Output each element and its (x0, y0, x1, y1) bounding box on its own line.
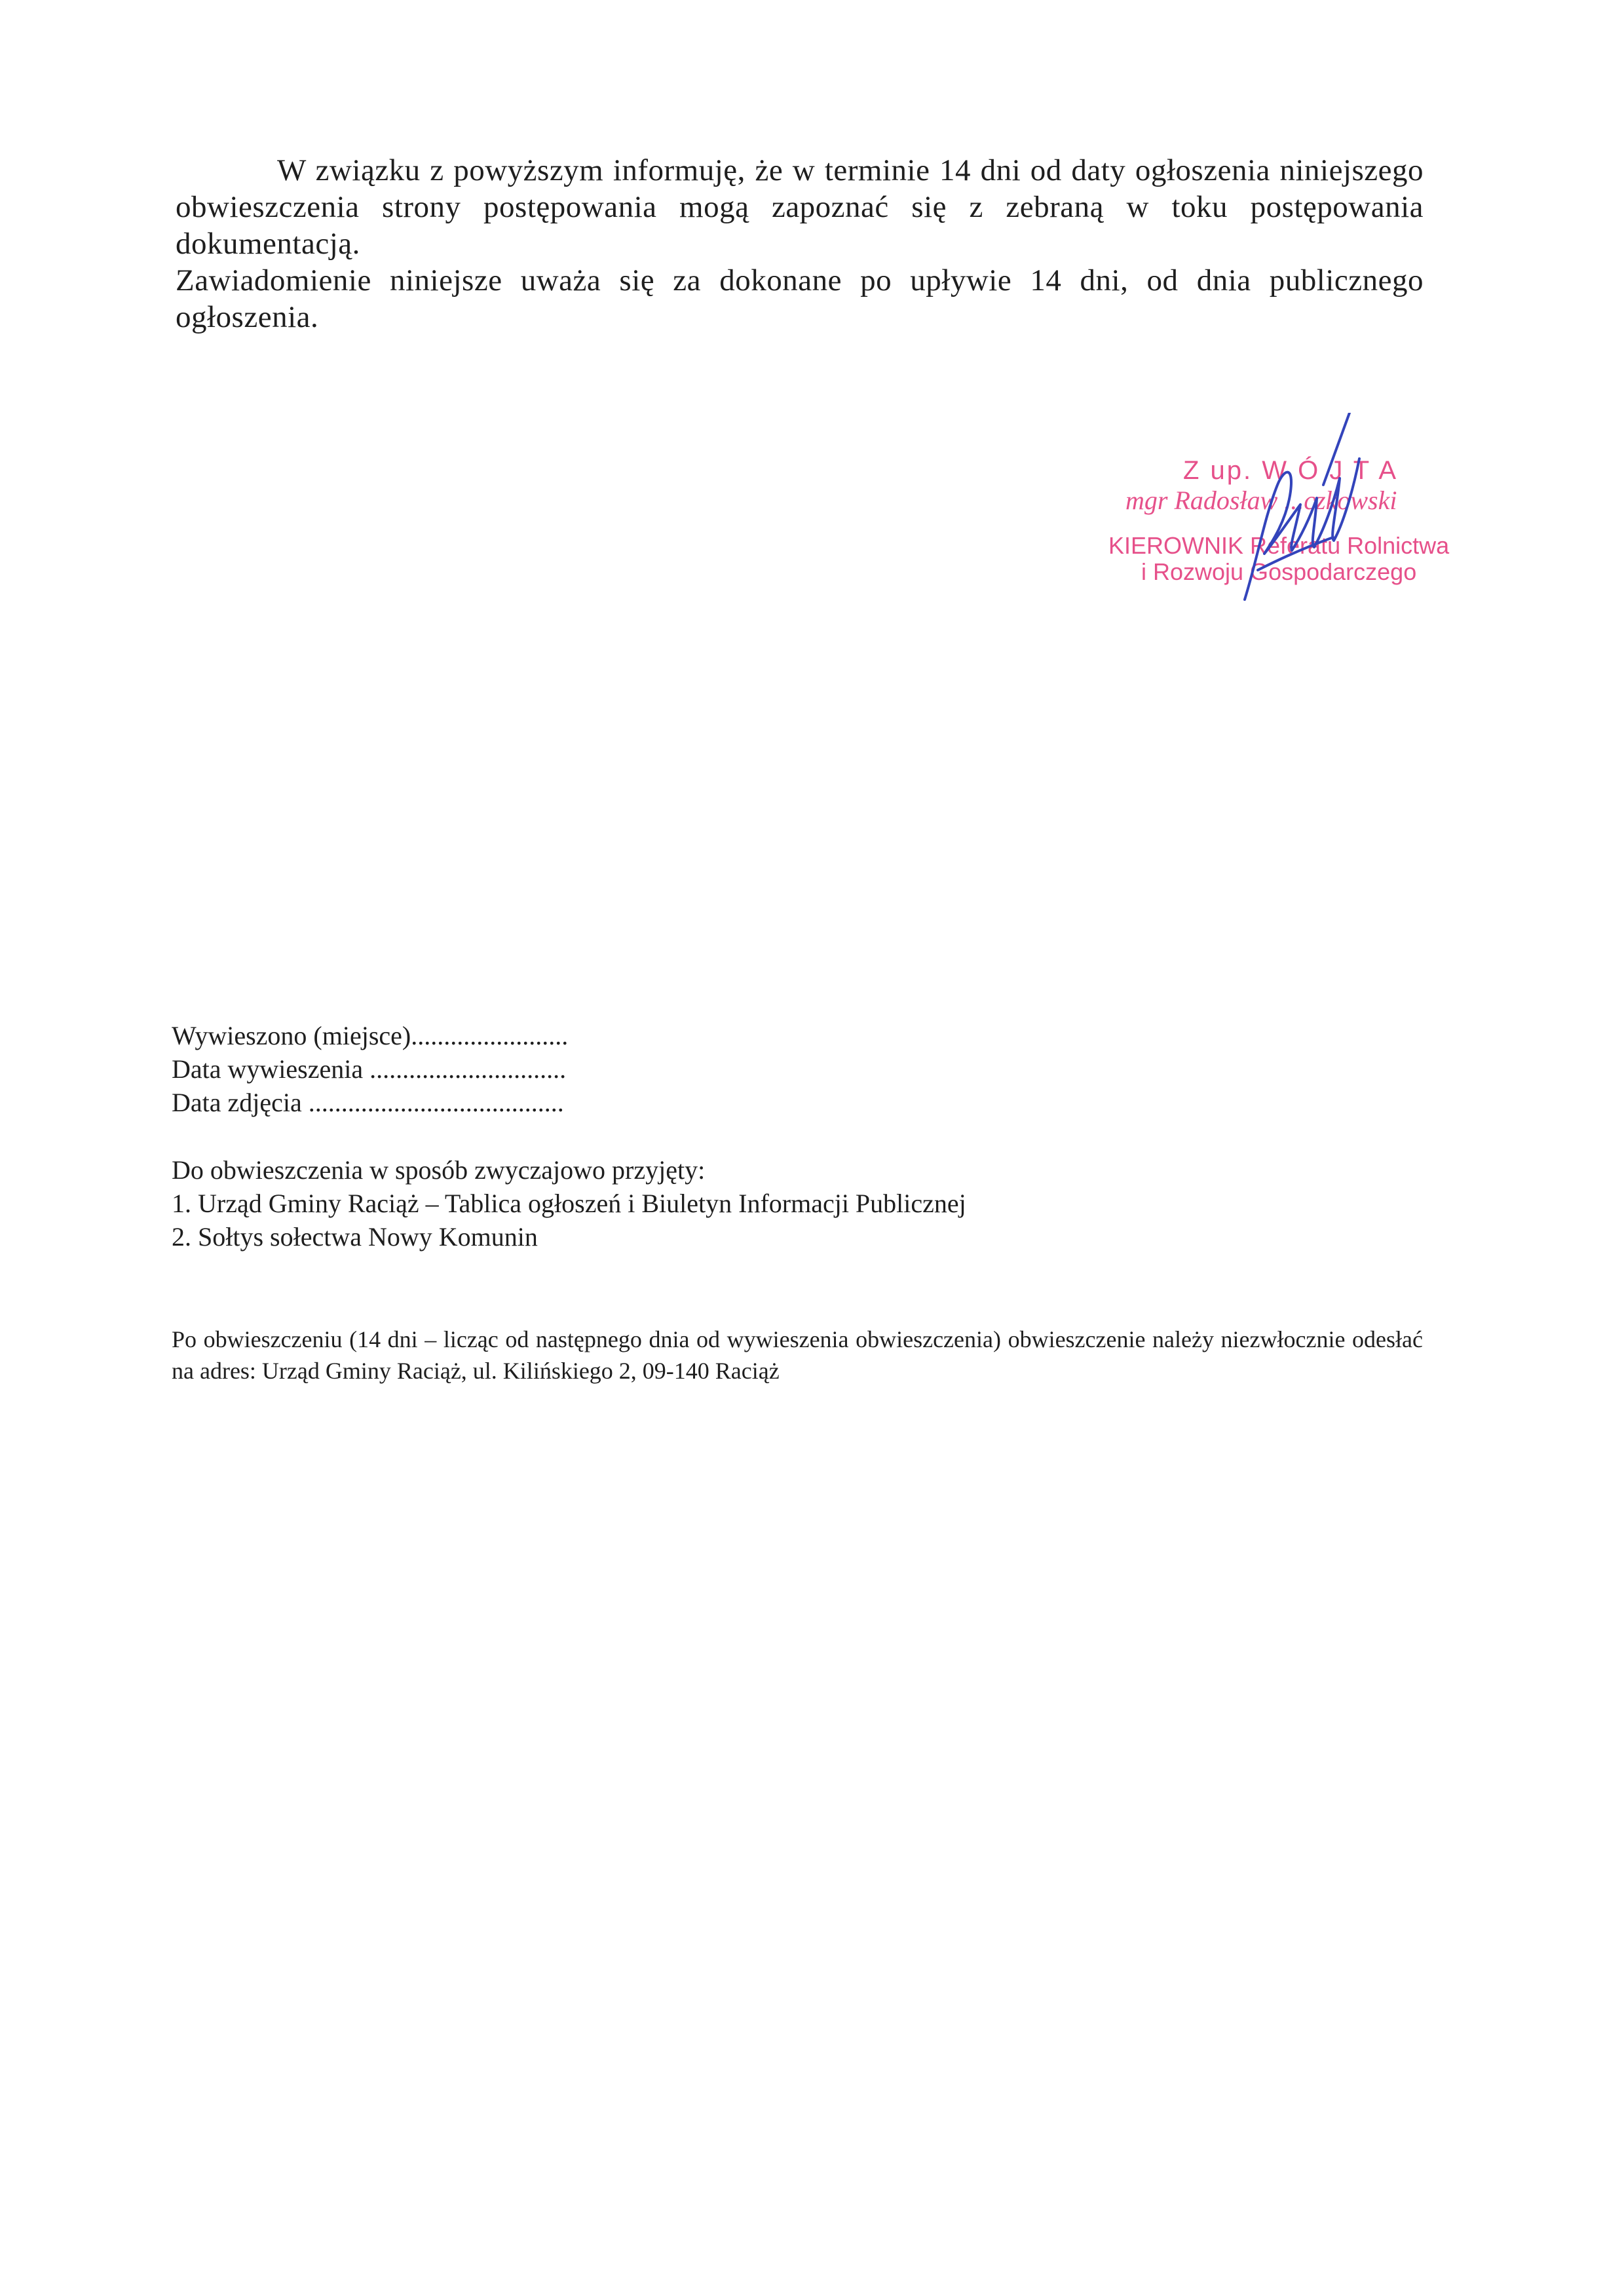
stamp-title-line: KIEROWNIK Referatu Rolnictwa (1108, 532, 1449, 560)
notice-body: W związku z powyższym informuję, że w te… (176, 152, 1424, 335)
posting-record: Wywieszono (miejsce)....................… (172, 1019, 568, 1119)
notice-paragraph-access: W związku z powyższym informuję, że w te… (176, 152, 1424, 262)
return-instructions-text: Po obwieszczeniu (14 dni – licząc od nas… (172, 1324, 1423, 1387)
stamp-name-line: mgr Radosław ...czkowski (1125, 485, 1397, 516)
distribution-item: 1. Urząd Gminy Raciąż – Tablica ogłoszeń… (172, 1187, 966, 1220)
notice-paragraph-effective: Zawiadomienie niniejsze uważa się za dok… (176, 262, 1424, 335)
stamp-authority-line: Z up. W Ó J T A (1183, 456, 1398, 486)
document-page: W związku z powyższym informuję, że w te… (0, 0, 1624, 2296)
posting-date-field: Data wywieszenia .......................… (172, 1052, 568, 1086)
return-instructions: Po obwieszczeniu (14 dni – licząc od nas… (172, 1324, 1423, 1387)
posting-place-field: Wywieszono (miejsce)....................… (172, 1019, 568, 1052)
removal-date-field: Data zdjęcia ...........................… (172, 1086, 568, 1119)
distribution-item: 2. Sołtys sołectwa Nowy Komunin (172, 1220, 966, 1253)
distribution-list: Do obwieszczenia w sposób zwyczajowo prz… (172, 1153, 966, 1253)
official-stamp: Z up. W Ó J T A mgr Radosław ...czkowski… (1101, 432, 1494, 603)
distribution-heading: Do obwieszczenia w sposób zwyczajowo prz… (172, 1153, 966, 1187)
stamp-department-line: i Rozwoju Gospodarczego (1141, 558, 1416, 586)
